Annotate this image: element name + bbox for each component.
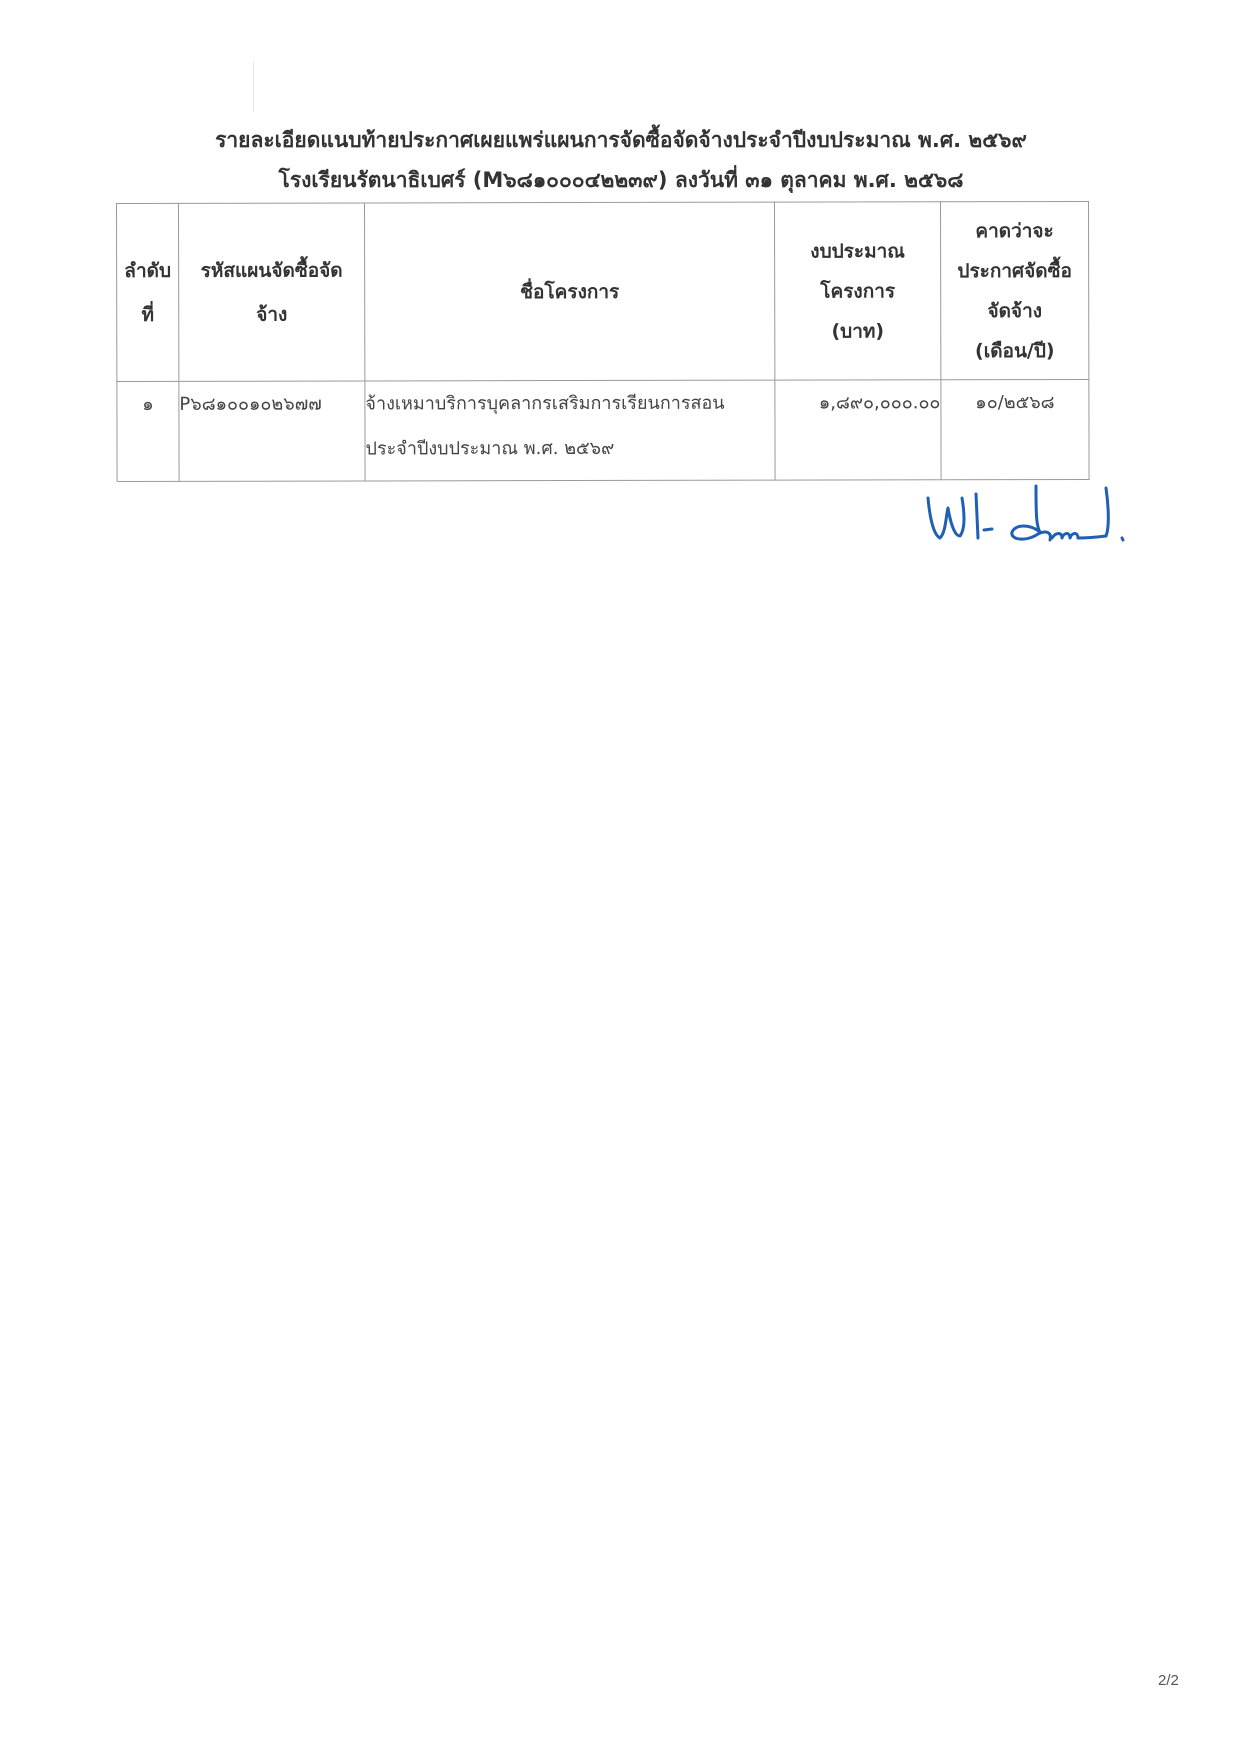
- cell-plan-code: P๖๘๑๐๐๑๐๒๖๗๗: [179, 381, 365, 481]
- cell-expected-date: ๑๐/๒๕๖๘: [941, 379, 1089, 479]
- cell-project-name: จ้างเหมาบริการบุคลากรเสริมการเรียนการสอน…: [365, 380, 775, 481]
- cell-sequence-no: ๑: [117, 381, 179, 481]
- header-budget: งบประมาณ โครงการ (บาท): [774, 202, 940, 380]
- header-project-name: ชื่อโครงการ: [365, 202, 775, 381]
- header-plan-code: รหัสแผนจัดซื้อจัด จ้าง: [179, 203, 365, 381]
- document-title: รายละเอียดแนบท้ายประกาศเผยแพร่แผนการจัดซ…: [0, 124, 1242, 157]
- page-number: 2/2: [1158, 1672, 1179, 1689]
- table-row: ๑ P๖๘๑๐๐๑๐๒๖๗๗ จ้างเหมาบริการบุคลากรเสริ…: [117, 379, 1089, 481]
- document-subtitle: โรงเรียนรัตนาธิเบศร์ (M๖๘๑๐๐๐๔๒๒๓๙) ลงวั…: [0, 164, 1242, 197]
- table-header-row: ลำดับ ที่ รหัสแผนจัดซื้อจัด จ้าง ชื่อโคร…: [117, 201, 1089, 381]
- procurement-plan-table: ลำดับ ที่ รหัสแผนจัดซื้อจัด จ้าง ชื่อโคร…: [116, 201, 1090, 482]
- header-sequence-no: ลำดับ ที่: [117, 203, 179, 381]
- header-expected-date: คาดว่าจะ ประกาศจัดซื้อ จัดจ้าง (เดือน/ปี…: [940, 201, 1088, 379]
- signature-mark: [918, 480, 1138, 560]
- scan-artifact: [253, 62, 254, 112]
- cell-budget: ๑,๘๙๐,๐๐๐.๐๐: [775, 380, 941, 480]
